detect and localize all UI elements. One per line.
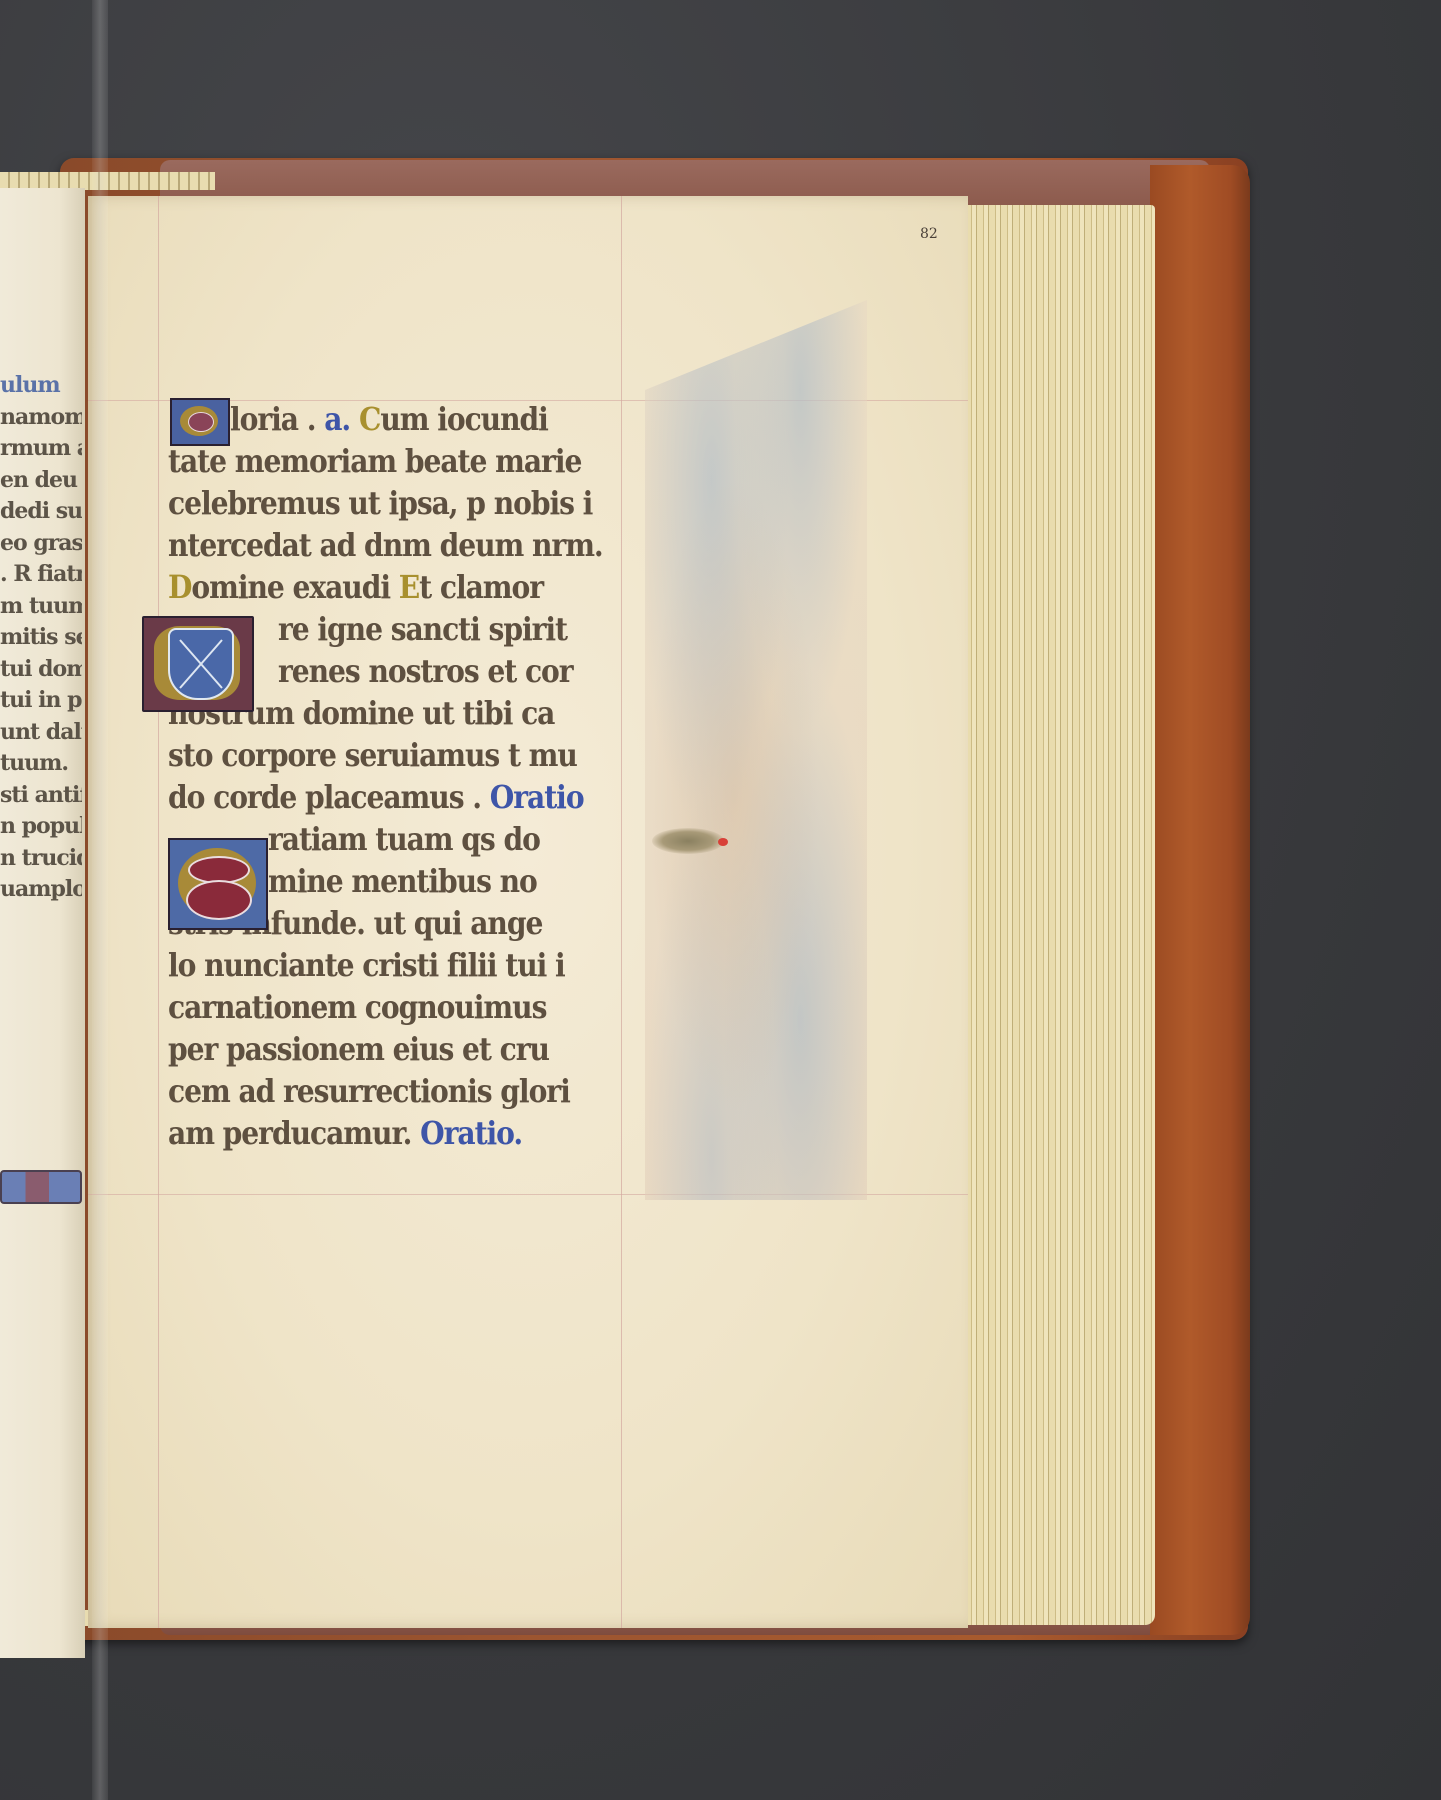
text-line-6: re igne sancti spirit — [278, 608, 567, 650]
text-line-16: per passionem eius et cru — [168, 1028, 549, 1070]
ruling-line — [158, 196, 159, 1628]
left-line: en deu qu — [0, 465, 82, 497]
left-line: eo gras. b — [0, 528, 82, 560]
left-line: unt dalt — [0, 717, 82, 749]
left-line: tuum. — [0, 748, 82, 780]
left-line: tui in pu — [0, 685, 82, 717]
left-line: mitis se — [0, 622, 82, 654]
rubric-antiphon: a. — [324, 400, 350, 438]
left-line: n trucidat — [0, 843, 82, 875]
rubric-oratio: Oratio. — [420, 1114, 522, 1152]
text-line-7: renes nostros et cor — [278, 650, 573, 692]
text-line-5: Domine exaudi Et clamor — [168, 566, 543, 608]
left-line: rmum ac — [0, 433, 82, 465]
left-line: namomu — [0, 402, 82, 434]
text-line-10: do corde placeamus . Oratio — [168, 776, 584, 818]
left-line: sti antif — [0, 780, 82, 812]
shield-icon — [168, 628, 234, 700]
stain-mark — [652, 828, 724, 854]
binding-fore-edge-board — [1150, 165, 1250, 1635]
left-line: ulum — [0, 370, 82, 402]
left-page-text: ulum namomu rmum ac en deu qu dedi suau … — [0, 370, 82, 906]
left-line: n populo — [0, 811, 82, 843]
text-line-14: lo nunciante cristi filii tui i — [168, 944, 565, 986]
left-line: dedi suau — [0, 496, 82, 528]
text-line-2: tate memoriam beate marie — [168, 440, 581, 482]
illuminated-initial-u-with-shield — [142, 616, 254, 712]
faded-floral-border — [645, 300, 867, 1200]
text-line-12: mine mentibus no — [268, 860, 537, 902]
text-line-1: loria . a. Cum iocundi — [230, 398, 548, 440]
red-stain-mark — [718, 838, 728, 846]
rubric-oratio: Oratio — [490, 778, 584, 816]
text-line-4: ntercedat ad dnm deum nrm. — [168, 524, 603, 566]
folio-number: 82 — [920, 226, 938, 242]
text-line-15: carnationem cognouimus — [168, 986, 546, 1028]
ruling-line — [621, 196, 622, 1628]
left-line: m tuum. — [0, 591, 82, 623]
text-line-3: celebremus ut ipsa, p nobis i — [168, 482, 592, 524]
text-line-17: cem ad resurrectionis glori — [168, 1070, 570, 1112]
text-line-11: ratiam tuam qs do — [268, 818, 540, 860]
left-line: . R fiatm — [0, 559, 82, 591]
illuminated-initial-g — [168, 838, 268, 930]
left-line: tui domi — [0, 654, 82, 686]
glass-page-holder — [92, 0, 108, 1800]
left-page-line-filler — [0, 1170, 82, 1204]
left-line: uamplo — [0, 874, 82, 906]
illuminated-initial-g — [170, 398, 230, 446]
text-line-9: sto corpore seruiamus t mu — [168, 734, 577, 776]
gilt-page-edges — [965, 205, 1155, 1625]
text-line-18: am perducamur. Oratio. — [168, 1112, 522, 1154]
